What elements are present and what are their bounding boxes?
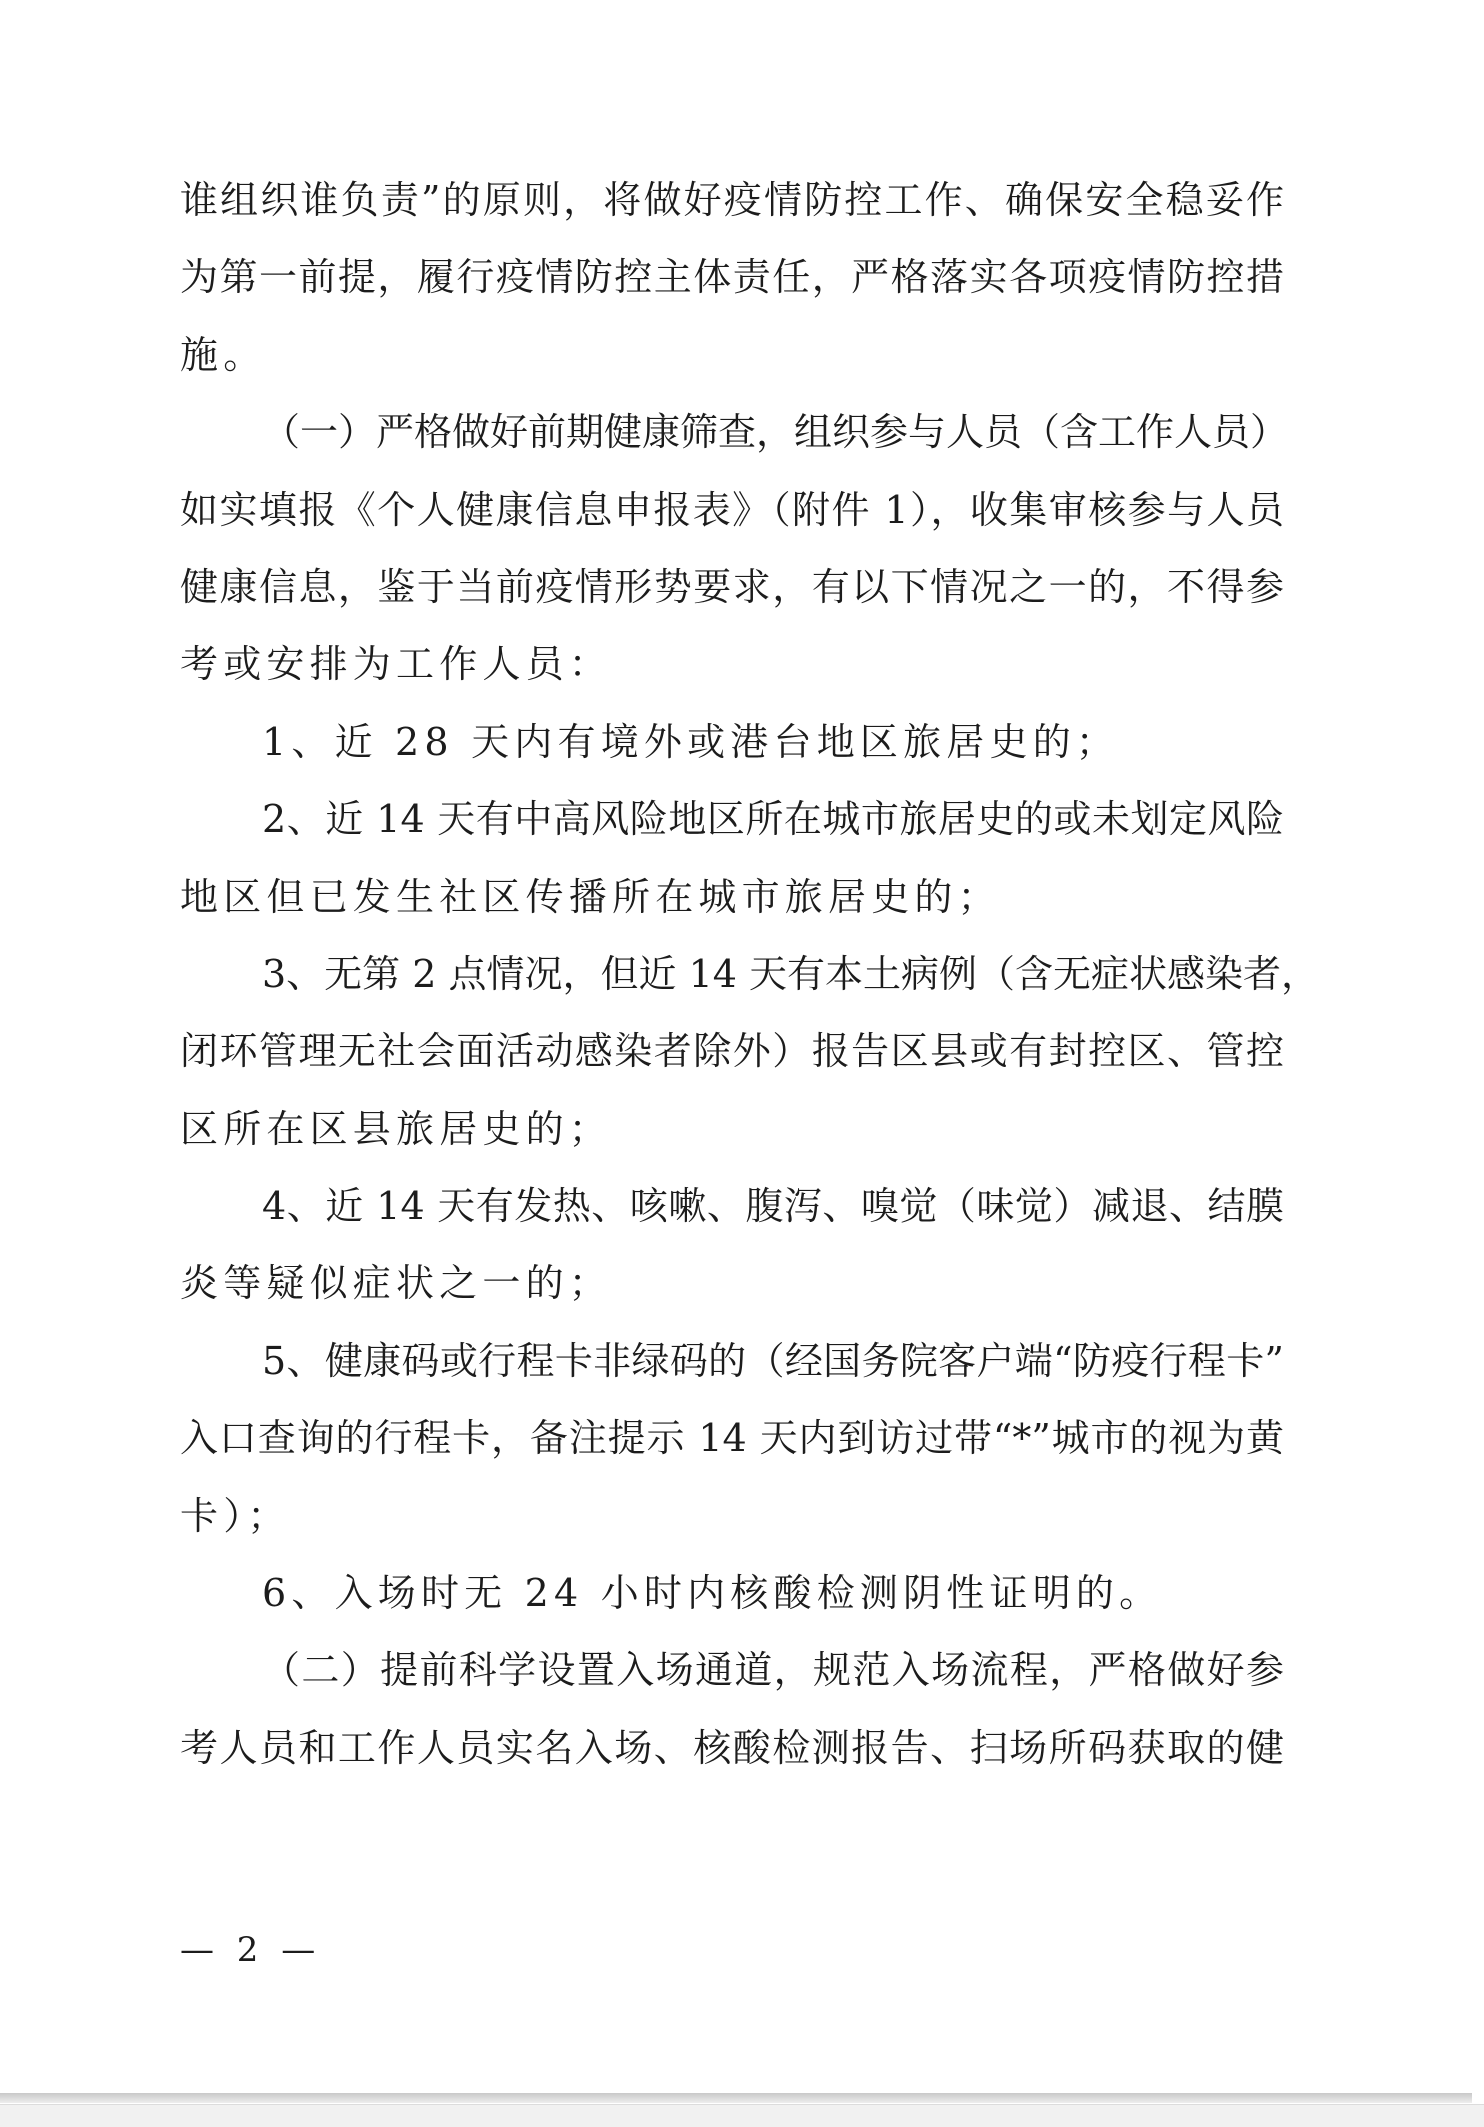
text-line: 区所在区县旅居史的； xyxy=(180,1091,1284,1168)
list-item-1: 1、近 28 天内有境外或港台地区旅居史的； xyxy=(180,704,1284,781)
text-line: 炎等疑似症状之一的； xyxy=(180,1245,1284,1322)
document-body: 谁组织谁负责”的原则，将做好疫情防控工作、确保安全稳妥作 为第一前提，履行疫情防… xyxy=(180,162,1284,1787)
text-line: 考人员和工作人员实名入场、核酸检测报告、扫场所码获取的健 xyxy=(180,1710,1284,1787)
viewer-bottom-strip xyxy=(0,2104,1484,2127)
page-edge-shadow xyxy=(0,2093,1472,2103)
text-line: 考或安排为工作人员： xyxy=(180,626,1284,703)
list-item-3: 3、无第 2 点情况，但近 14 天有本土病例（含无症状感染者， xyxy=(180,936,1284,1013)
text-line: 地区但已发生社区传播所在城市旅居史的； xyxy=(180,859,1284,936)
list-item-4: 4、近 14 天有发热、咳嗽、腹泻、嗅觉（味觉）减退、结膜 xyxy=(180,1168,1284,1245)
text-line: 谁组织谁负责”的原则，将做好疫情防控工作、确保安全稳妥作 xyxy=(180,162,1284,239)
text-line: 为第一前提，履行疫情防控主体责任，严格落实各项疫情防控措 xyxy=(180,239,1284,316)
list-item-5: 5、健康码或行程卡非绿码的（经国务院客户端“防疫行程卡” xyxy=(180,1323,1284,1400)
text-line: 闭环管理无社会面活动感染者除外）报告区县或有封控区、管控 xyxy=(180,1013,1284,1090)
page-number: — 2 — xyxy=(180,1930,321,1970)
text-line: 施。 xyxy=(180,317,1284,394)
list-item-6: 6、入场时无 24 小时内核酸检测阴性证明的。 xyxy=(180,1555,1284,1632)
text-line: 健康信息，鉴于当前疫情形势要求，有以下情况之一的，不得参 xyxy=(180,549,1284,626)
text-line: 如实填报《个人健康信息申报表》（附件 1），收集审核参与人员 xyxy=(180,472,1284,549)
section-heading-2: （二）提前科学设置入场通道，规范入场流程，严格做好参 xyxy=(180,1632,1284,1709)
list-item-2: 2、近 14 天有中高风险地区所在城市旅居史的或未划定风险 xyxy=(180,781,1284,858)
text-line: 卡）； xyxy=(180,1478,1284,1555)
section-heading-1: （一）严格做好前期健康筛查，组织参与人员（含工作人员） xyxy=(180,394,1284,471)
text-line: 入口查询的行程卡，备注提示 14 天内到访过带“*”城市的视为黄 xyxy=(180,1400,1284,1477)
document-page: 谁组织谁负责”的原则，将做好疫情防控工作、确保安全稳妥作 为第一前提，履行疫情防… xyxy=(0,0,1484,2104)
